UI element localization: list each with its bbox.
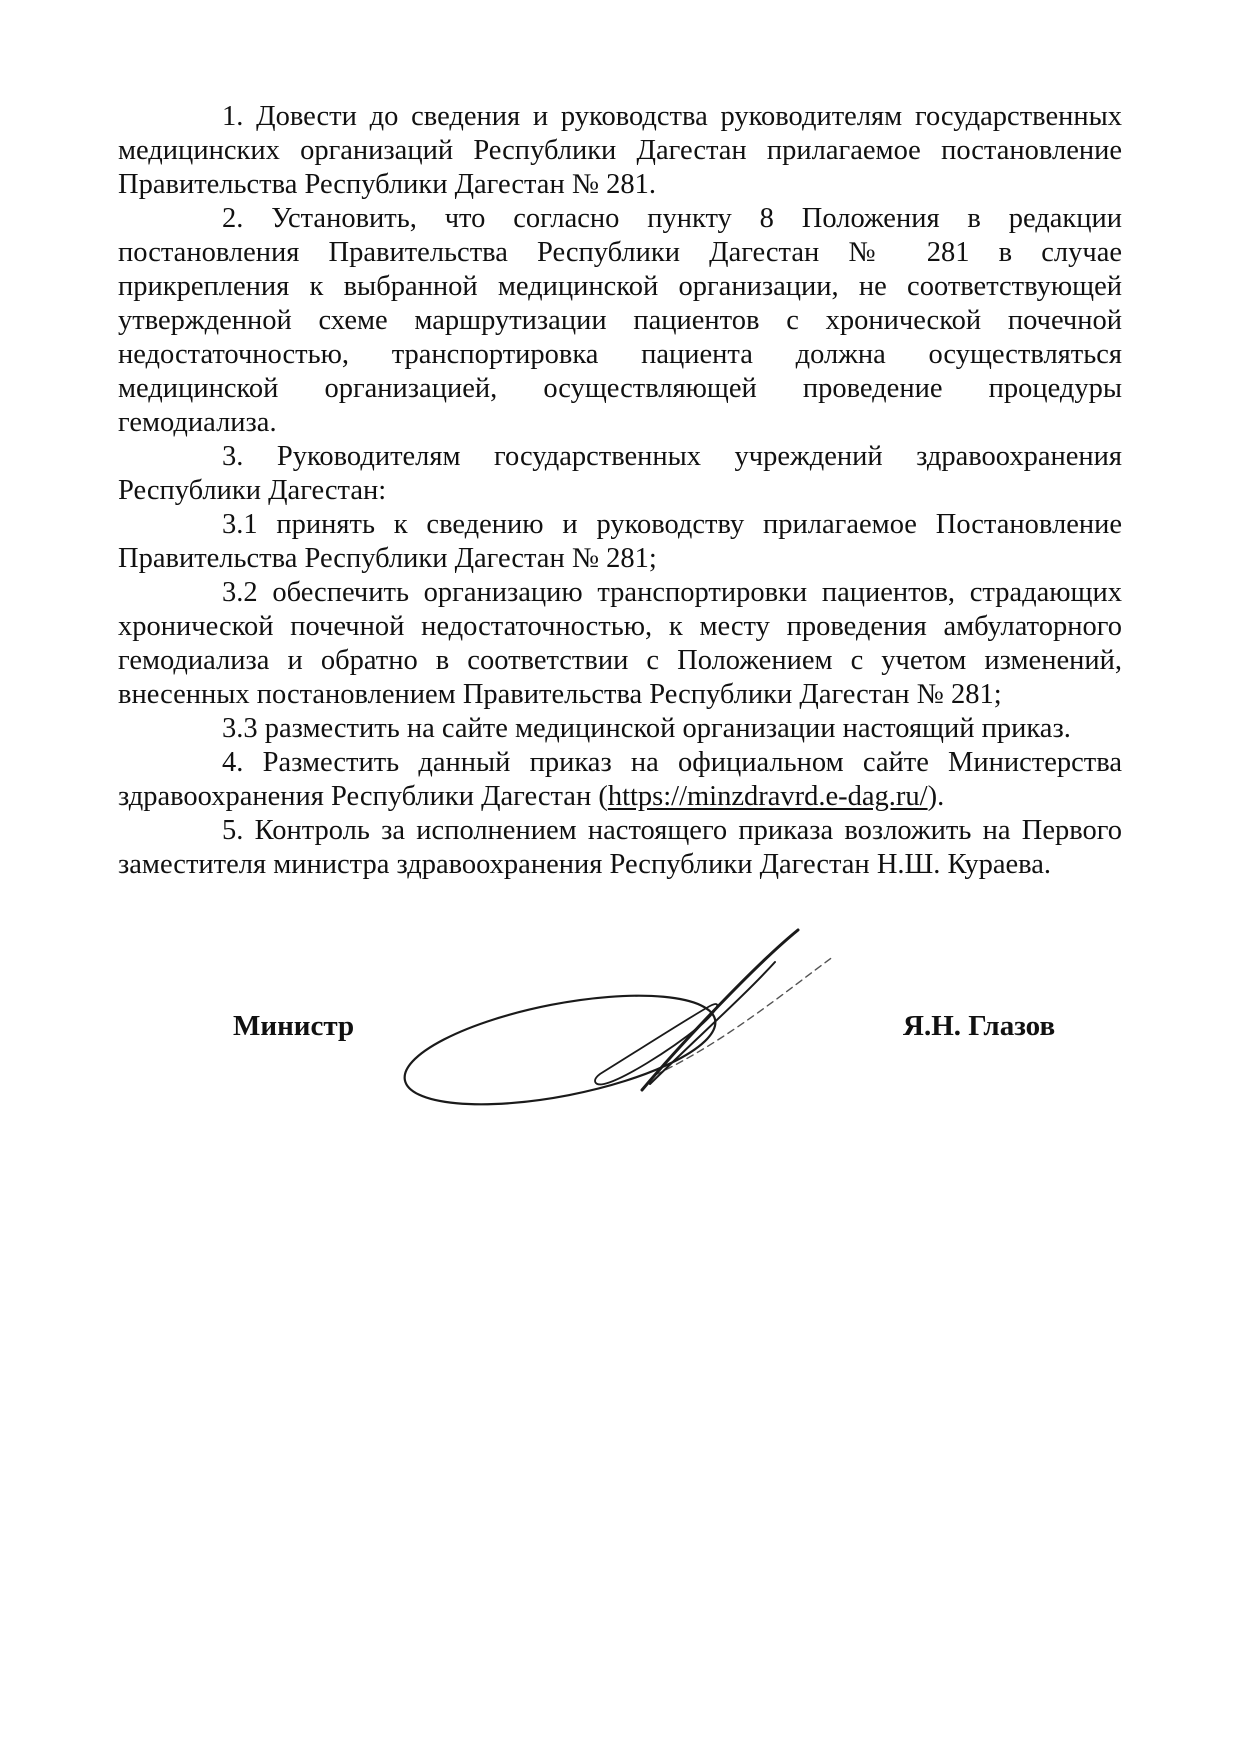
minister-signature-icon: [370, 900, 845, 1115]
order-item-3: 3. Руководителям государственных учрежде…: [118, 440, 1122, 508]
order-body-text: 1. Довести до сведения и руководства рук…: [118, 100, 1122, 882]
order-item-3-3: 3.3 разместить на сайте медицинской орга…: [118, 712, 1122, 746]
order-item-3-1: 3.1 принять к сведению и руководству при…: [118, 508, 1122, 576]
order-item-4: 4. Разместить данный приказ на официальн…: [118, 746, 1122, 814]
document-page: 1. Довести до сведения и руководства рук…: [0, 0, 1240, 1753]
minister-title-label: Министр: [233, 1010, 354, 1043]
order-item-5: 5. Контроль за исполнением настоящего пр…: [118, 814, 1122, 882]
order-item-4-closing: ).: [928, 781, 945, 812]
order-item-1: 1. Довести до сведения и руководства рук…: [118, 100, 1122, 202]
order-item-3-2: 3.2 обеспечить организацию транспортиров…: [118, 576, 1122, 712]
ministry-site-link[interactable]: https://minzdravrd.e-dag.ru/: [608, 781, 928, 812]
order-item-2: 2. Установить, что согласно пункту 8 Пол…: [118, 202, 1122, 440]
minister-name-label: Я.Н. Глазов: [903, 1010, 1055, 1043]
